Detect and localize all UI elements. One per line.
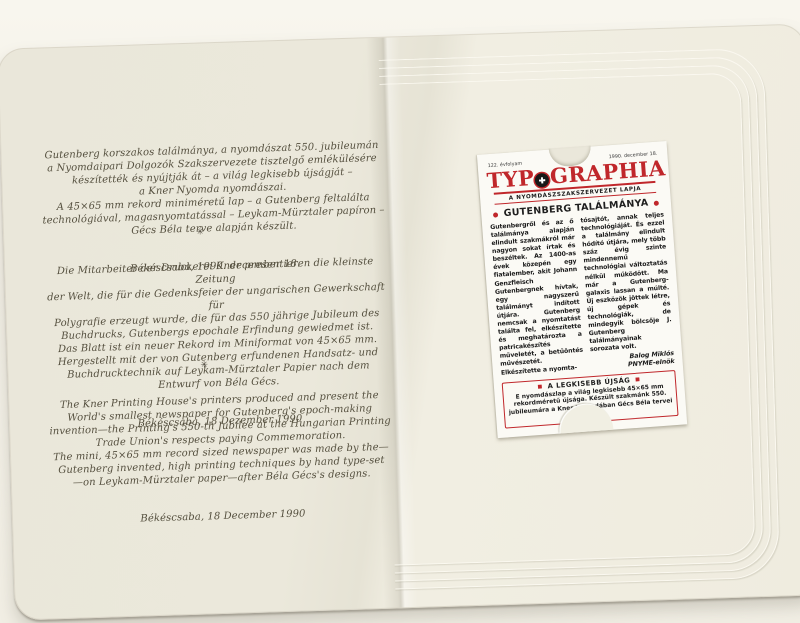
scan-background: Gutenberg korszakos találmánya, a nyomdá… xyxy=(0,0,800,623)
dedication-text-german: Die Mitarbeiter der Druckerei Kner prese… xyxy=(43,255,391,396)
newspaper-body-columns: Gutenbergről és az ő találmánya alapján … xyxy=(490,211,675,378)
printers-orb-cross-icon: ✚ xyxy=(535,173,550,188)
box-square-bullet-icon: ■ xyxy=(537,384,542,389)
card-left-page: Gutenberg korszakos találmánya, a nyomdá… xyxy=(36,38,398,619)
dedication-date-english: Békéscsaba, 18 December 1990 xyxy=(51,505,395,529)
newspaper-column-right: tósajtót, annak teljes technológiáját. É… xyxy=(580,211,675,371)
mini-newspaper-mount: 122. évfolyam 1990. december 18. TYP✚GRA… xyxy=(477,141,687,438)
newspaper-column-right-text: tósajtót, annak teljes technológiáját. É… xyxy=(580,211,671,353)
mini-newspaper: 122. évfolyam 1990. december 18. TYP✚GRA… xyxy=(486,152,679,429)
dedication-text-english: The Kner Printing House's printers produ… xyxy=(47,389,394,491)
newspaper-byline: Balog Miklós PNYME-elnök xyxy=(590,350,674,371)
masthead-text-pre: TYP xyxy=(486,165,535,193)
headline-bullet-icon: ● xyxy=(493,211,499,218)
newspaper-column-left: Gutenbergről és az ő találmánya alapján … xyxy=(490,218,585,378)
headline-bullet-icon: ● xyxy=(653,199,659,206)
box-square-bullet-icon: ■ xyxy=(635,377,640,382)
commemorative-card: Gutenberg korszakos találmánya, a nyomdá… xyxy=(0,23,800,620)
dedication-block-english: The Kner Printing House's printers produ… xyxy=(47,376,396,542)
